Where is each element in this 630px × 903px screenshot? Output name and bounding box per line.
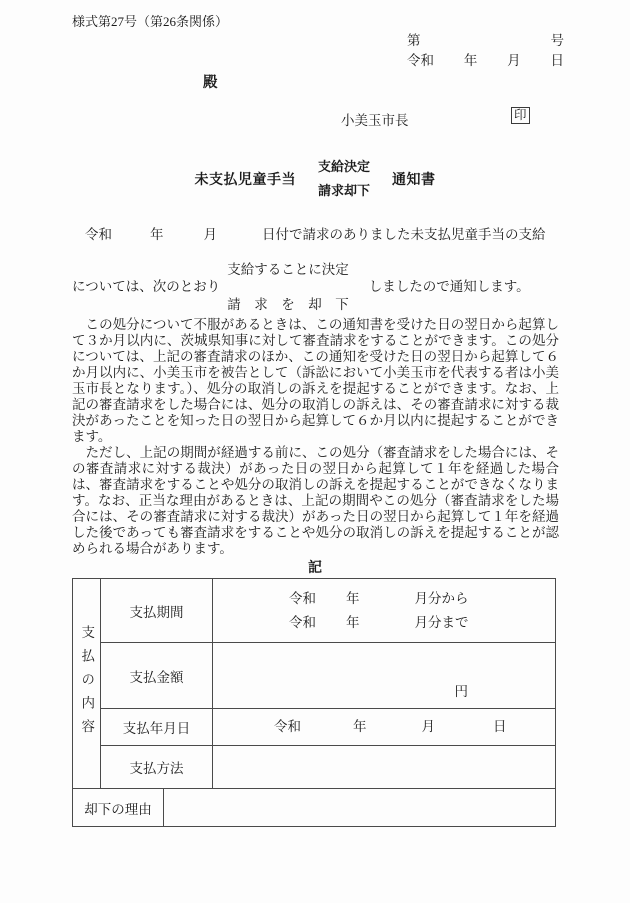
title-option-reject: 請求却下 (318, 184, 370, 197)
record-heading: 記 (72, 561, 558, 577)
issue-date-year-label: 年 (464, 49, 478, 69)
addressee-honorific: 殿 (203, 71, 218, 92)
payment-table-upper: 支払の内容 支払期間 令和 年 月分から 令和 年 月分まで (73, 579, 555, 788)
rejection-reason-value (164, 789, 555, 826)
period-to-rest: 月分まで (415, 616, 469, 630)
form-number: 様式第27号（第26条関係） (72, 11, 228, 30)
rejection-reason-label: 却下の理由 (73, 789, 164, 826)
payment-amount-unit: 円 (455, 685, 469, 699)
table-row: 支払期間 令和 年 月分から 令和 年 月分まで (101, 579, 555, 643)
payment-date-year-label: 年 (353, 720, 367, 734)
payment-date-label: 支払年月日 (101, 709, 213, 745)
seal-mark: 印 (511, 107, 530, 124)
appeal-instructions: この処分について不服があるときは、この通知書を受けた日の翌日から起算して３か月以… (72, 317, 559, 557)
request-date-line: 令和 年 月 日付で請求のありました未支払児童手当の支給 (72, 227, 559, 243)
payment-amount-value: 円 (213, 643, 555, 708)
request-year-label: 年 (150, 227, 164, 243)
opening-section: 令和 年 月 日付で請求のありました未支払児童手当の支給 については、次のとおり… (72, 227, 559, 311)
period-to-year-label: 年 (346, 616, 360, 630)
doc-number-prefix: 第 (407, 29, 421, 49)
document-title: 未支払児童手当 支給決定 請求却下 通知書 (0, 160, 630, 197)
period-to-era: 令和 (289, 616, 316, 630)
period-from-era: 令和 (289, 592, 316, 606)
payment-amount-label: 支払金額 (101, 643, 213, 708)
decision-option-grant: 支給することに決定 (227, 263, 349, 277)
payment-date-era: 令和 (274, 720, 301, 734)
payment-date-month-label: 月 (422, 720, 436, 734)
payment-details-table: 支払の内容 支払期間 令和 年 月分から 令和 年 月分まで (72, 578, 556, 827)
rejection-reason-row: 却下の理由 (73, 788, 555, 826)
decision-after: しましたので通知します。 (369, 279, 530, 295)
title-left: 未支払児童手当 (194, 169, 296, 189)
appeal-paragraph-2: ただし、上記の期間が経過する前に、この処分（審査請求をした場合には、その審査請求… (72, 445, 559, 557)
decision-line: については、次のとおり 支給することに決定 請 求 を 却 下 しましたので通知… (72, 263, 559, 311)
table-row: 支払金額 円 (101, 643, 555, 709)
decision-options: 支給することに決定 請 求 を 却 下 (227, 263, 349, 311)
decision-option-reject: 請 求 を 却 下 (227, 298, 349, 312)
table-row: 支払年月日 令和 年 月 日 (101, 709, 555, 746)
request-rest: 日付で請求のありました未支払児童手当の支給 (262, 227, 546, 243)
issue-date-month-label: 月 (507, 49, 521, 69)
issue-date-era: 令和 (407, 49, 434, 69)
doc-number-suffix: 号 (551, 29, 565, 49)
title-option-grant: 支給決定 (318, 160, 370, 173)
title-options: 支給決定 請求却下 (318, 160, 370, 197)
payment-period-value: 令和 年 月分から 令和 年 月分まで (213, 579, 555, 642)
doc-number-line: 第 号 (407, 29, 564, 49)
period-from-rest: 月分から (415, 592, 469, 606)
payment-period-label: 支払期間 (101, 579, 213, 642)
payment-date-day-label: 日 (493, 720, 507, 734)
document-page: 様式第27号（第26条関係） 第 号 令和 年 月 日 殿 小美玉市長 印 未支… (0, 0, 630, 903)
payment-method-label: 支払方法 (101, 746, 213, 788)
appeal-paragraph-1: この処分について不服があるときは、この通知書を受けた日の翌日から起算して３か月以… (72, 317, 559, 445)
title-right: 通知書 (392, 169, 436, 189)
payment-period-from: 令和 年 月分から (289, 592, 555, 606)
issue-date-day-label: 日 (550, 49, 564, 69)
request-month-label: 月 (204, 227, 218, 243)
period-from-year-label: 年 (346, 592, 360, 606)
payment-period-to: 令和 年 月分まで (289, 616, 555, 630)
table-group-label: 支払の内容 (80, 625, 94, 743)
issue-date-line: 令和 年 月 日 (407, 49, 564, 69)
request-era: 令和 (85, 227, 112, 243)
issuer-name: 小美玉市長 (341, 109, 409, 129)
payment-method-value (213, 746, 555, 788)
decision-before: については、次のとおり (72, 279, 220, 295)
table-group-label-cell: 支払の内容 (73, 579, 101, 788)
table-row: 支払方法 (101, 746, 555, 788)
payment-date-value: 令和 年 月 日 (213, 709, 555, 745)
